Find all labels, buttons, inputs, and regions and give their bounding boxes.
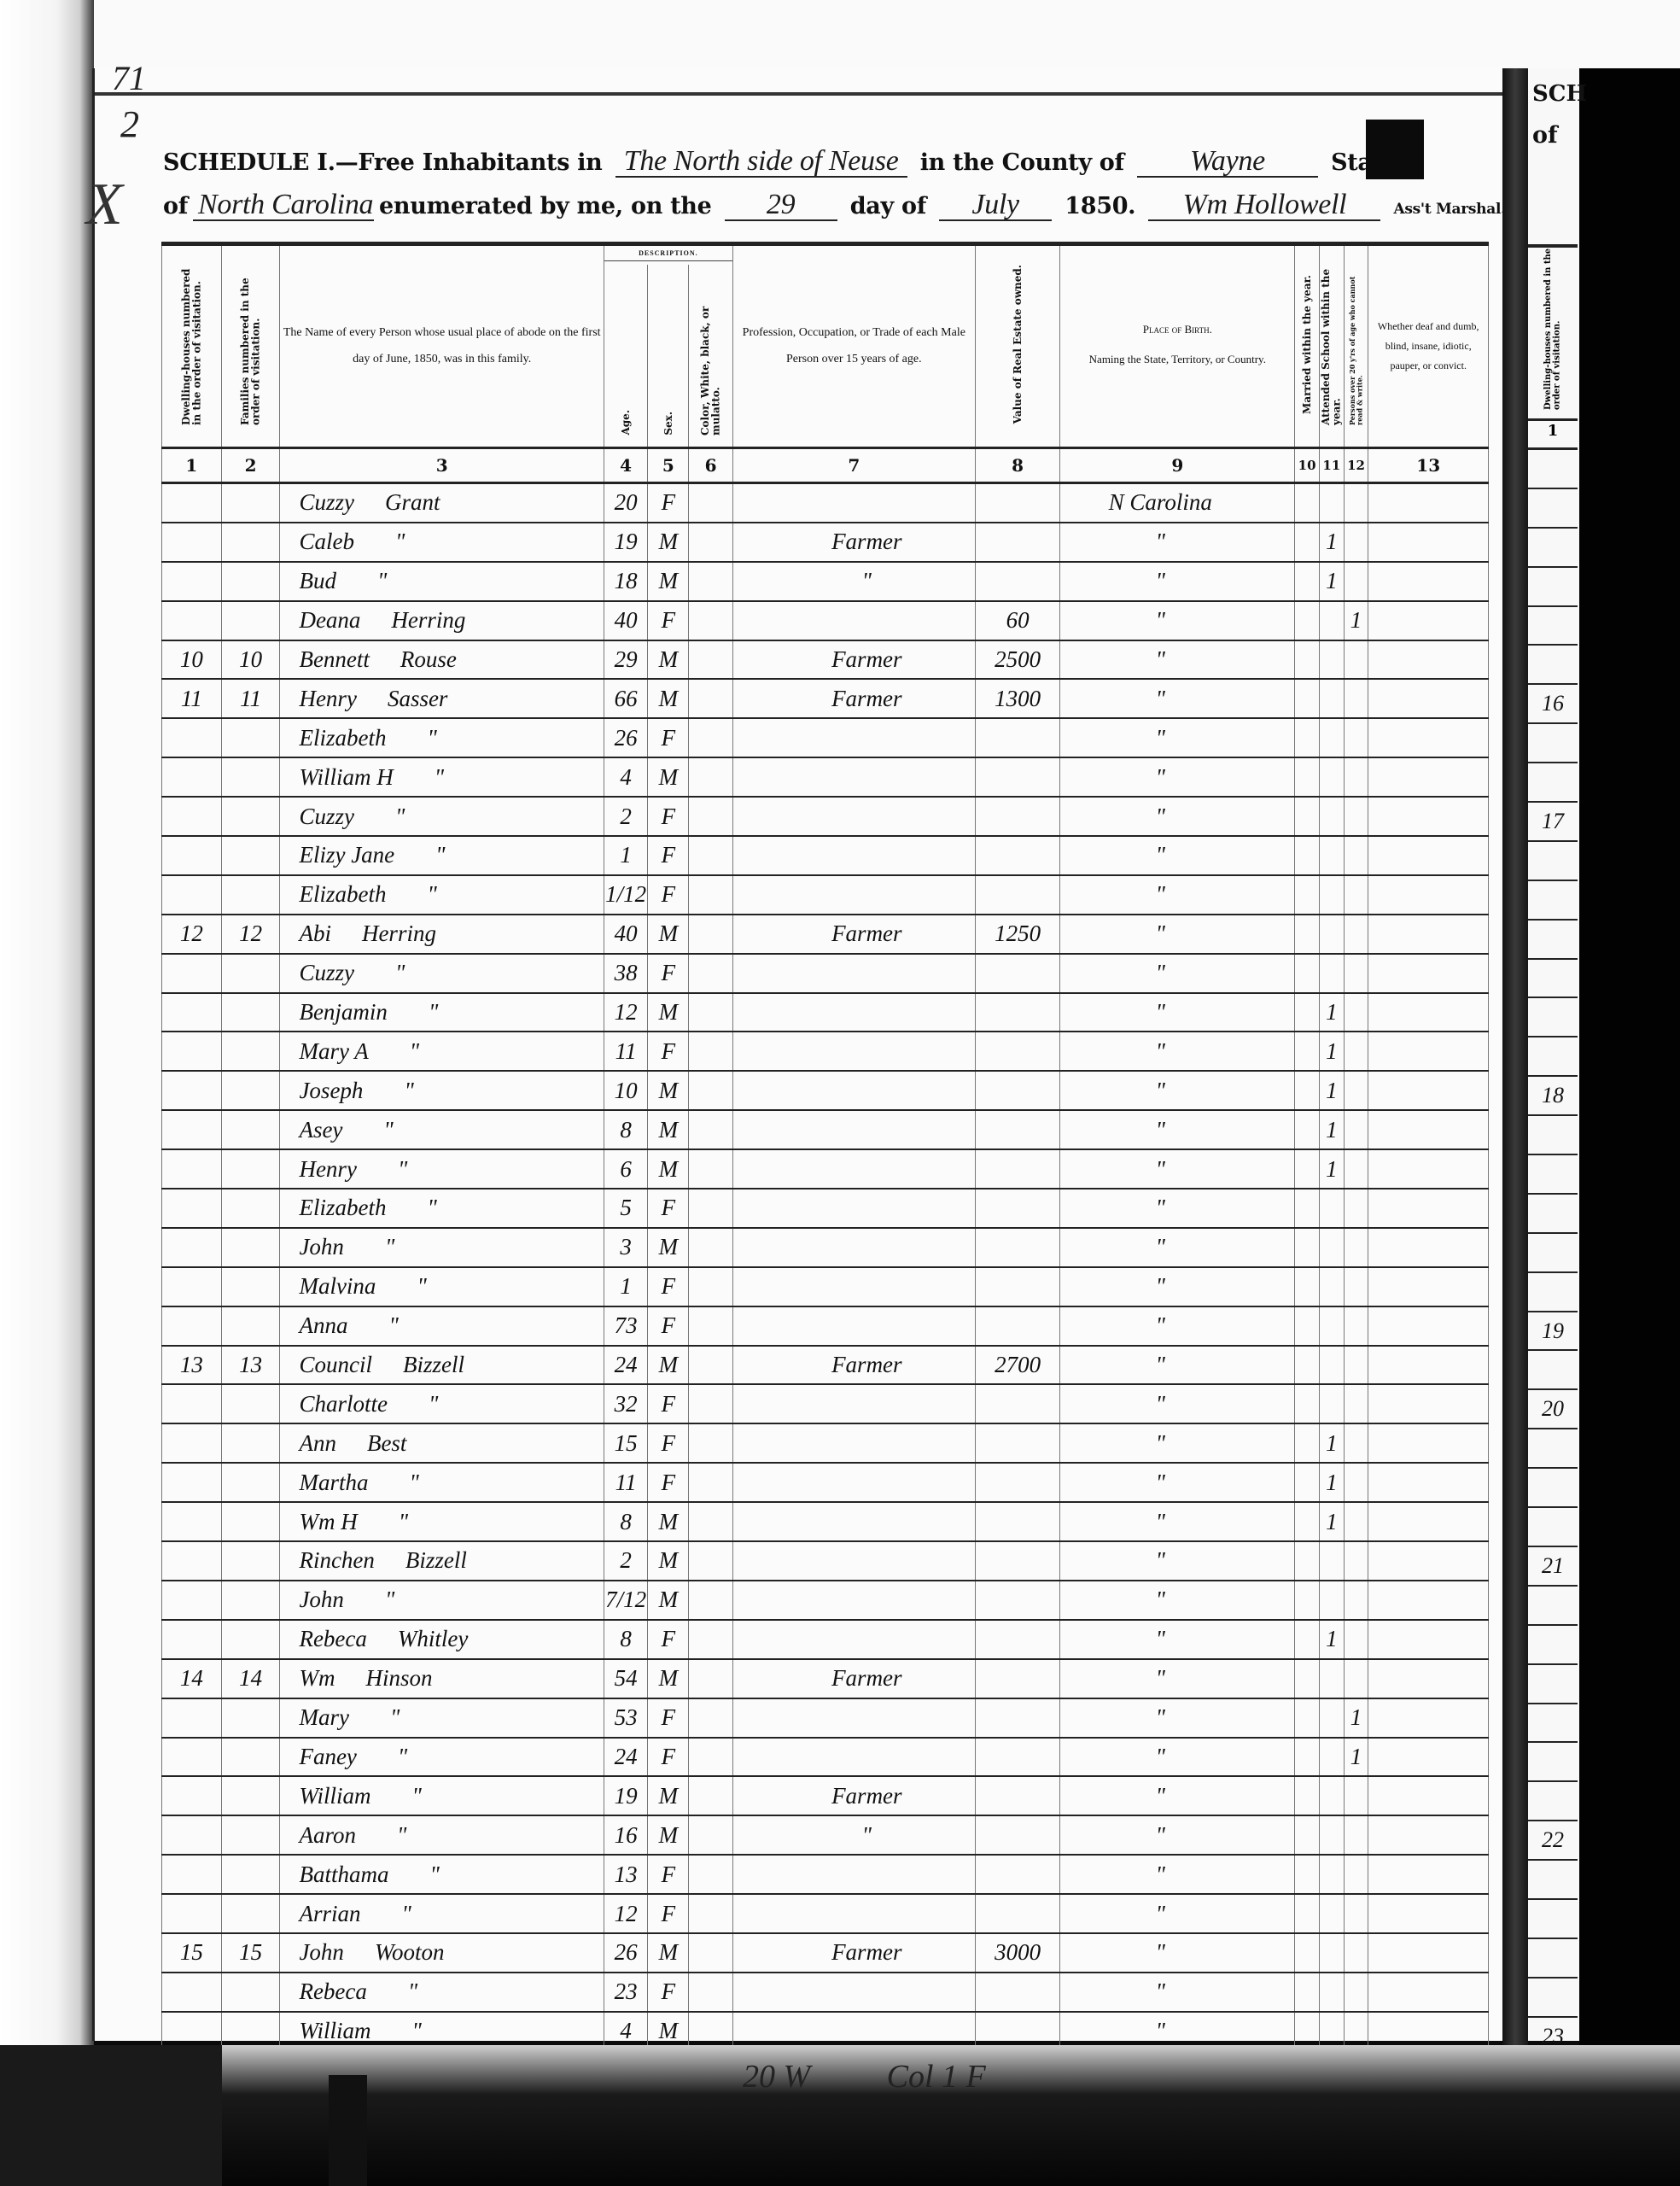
age: 26 [604, 1933, 647, 1973]
infirmity [1368, 875, 1489, 915]
infirmity [1368, 1228, 1489, 1267]
birthplace: " [1060, 875, 1295, 915]
age: 26 [604, 718, 647, 757]
given-name: Cuzzy [299, 489, 354, 515]
next-page-dwelling-number: 22 [1528, 1821, 1578, 1861]
illiterate-mark [1344, 875, 1368, 915]
school-mark [1319, 954, 1344, 993]
sex: M [648, 1228, 689, 1267]
age: 20 [604, 483, 647, 523]
illiterate-mark [1344, 1306, 1368, 1346]
sex: F [648, 601, 689, 640]
next-page-dwelling-number [1528, 1704, 1578, 1744]
given-name: John [299, 1234, 343, 1260]
next-page-dwelling-number [1528, 646, 1578, 685]
header-name: The Name of every Person whose usual pla… [280, 244, 604, 448]
school-mark [1319, 483, 1344, 523]
illiterate-mark [1344, 915, 1368, 954]
real-estate-value [975, 1973, 1059, 2012]
birthplace: " [1060, 1581, 1295, 1620]
color [689, 1738, 732, 1777]
married-mark [1295, 523, 1320, 562]
month-field: July [939, 190, 1052, 221]
infirmity [1368, 1463, 1489, 1502]
age: 8 [604, 1620, 647, 1659]
occupation [732, 1228, 975, 1267]
dwelling-number: 8 [162, 757, 222, 797]
page-top-rule [95, 92, 1508, 96]
illiterate-mark [1344, 1502, 1368, 1541]
person-name: Mary A" [280, 1032, 604, 1071]
married-mark [1295, 1973, 1320, 2012]
person-name: Aaron" [280, 1815, 604, 1855]
infirmity [1368, 993, 1489, 1032]
enumerated-label: enumerated by me, on the [379, 193, 711, 219]
next-page-dwelling-number [1528, 1979, 1578, 2018]
school-mark [1319, 640, 1344, 680]
footer-tally: 20 W Col 1 F [743, 2058, 1054, 2095]
dwelling-number: 30 [162, 1620, 222, 1659]
given-name: Abi [299, 921, 331, 946]
real-estate-value [975, 1110, 1059, 1149]
next-page-dwelling-number [1528, 1587, 1578, 1626]
school-mark [1319, 1189, 1344, 1228]
surname: " [404, 1078, 413, 1103]
column-header-row: Dwelling-houses numbered in the order of… [162, 244, 1489, 266]
school-mark [1319, 1776, 1344, 1815]
given-name: William [299, 2018, 370, 2043]
next-page-dwelling-number [1528, 763, 1578, 803]
color [689, 757, 732, 797]
infirmity [1368, 1306, 1489, 1346]
real-estate-value [975, 1581, 1059, 1620]
dwelling-value: 11 [181, 686, 202, 711]
family-number [221, 1738, 280, 1777]
sex: M [648, 993, 689, 1032]
occupation [732, 797, 975, 836]
surname: " [427, 725, 436, 751]
next-page-of-fragment: of [1532, 122, 1558, 149]
schedule-title-line: SCHEDULE I.—Free Inhabitants in The Nort… [163, 147, 1397, 178]
family-number [221, 1973, 280, 2012]
infirmity [1368, 1423, 1489, 1463]
school-mark [1319, 1698, 1344, 1738]
table-row: 18Henry"6M"1 [162, 1149, 1489, 1189]
next-page-dwelling-number [1528, 1782, 1578, 1821]
birthplace: " [1060, 640, 1295, 680]
color [689, 1110, 732, 1149]
surname: " [390, 1704, 400, 1730]
birthplace: " [1060, 1738, 1295, 1777]
school-mark [1319, 875, 1344, 915]
family-number [221, 836, 280, 875]
color [689, 1502, 732, 1541]
real-estate-value [975, 1855, 1059, 1894]
given-name: Elizabeth [299, 1195, 386, 1220]
married-mark [1295, 640, 1320, 680]
family-number [221, 1776, 280, 1815]
illiterate-mark [1344, 640, 1368, 680]
illiterate-mark [1344, 1973, 1368, 2012]
column-number: 2 [221, 448, 280, 483]
occupation [732, 601, 975, 640]
surname: Whitley [398, 1626, 468, 1651]
table-row: 24Charlotte"32F" [162, 1384, 1489, 1423]
dwelling-number: 2 [162, 523, 222, 562]
real-estate-value [975, 1659, 1059, 1698]
color [689, 915, 732, 954]
header-sex: Sex. [648, 265, 689, 448]
school-mark [1319, 1228, 1344, 1267]
occupation [732, 954, 975, 993]
column-number: 7 [732, 448, 975, 483]
scan-border-bottom-left [0, 2045, 222, 2186]
surname: " [398, 1744, 407, 1769]
given-name: Rebeca [299, 1979, 366, 2004]
table-row: 32Mary"53F"1 [162, 1698, 1489, 1738]
birthplace: " [1060, 1189, 1295, 1228]
surname: " [399, 1509, 408, 1534]
real-estate-value [975, 718, 1059, 757]
infirmity [1368, 1267, 1489, 1306]
sex: F [648, 1620, 689, 1659]
person-name: Benjamin" [280, 993, 604, 1032]
infirmity [1368, 601, 1489, 640]
surname: Hinson [365, 1665, 432, 1691]
real-estate-value [975, 875, 1059, 915]
married-mark [1295, 1306, 1320, 1346]
given-name: Benjamin [299, 999, 387, 1025]
real-estate-value [975, 1071, 1059, 1110]
age: 19 [604, 1776, 647, 1815]
age: 1/12 [604, 875, 647, 915]
next-page-dwelling-number [1528, 960, 1578, 999]
dwelling-number: 33 [162, 1738, 222, 1777]
family-number [221, 1032, 280, 1071]
person-name: William H" [280, 757, 604, 797]
illiterate-mark [1344, 679, 1368, 718]
occupation [732, 1502, 975, 1541]
birthplace: " [1060, 993, 1295, 1032]
married-mark [1295, 836, 1320, 875]
county-label: in the County of [920, 149, 1124, 176]
age: 2 [604, 797, 647, 836]
infirmity [1368, 1894, 1489, 1933]
married-mark [1295, 679, 1320, 718]
birthplace: " [1060, 523, 1295, 562]
occupation [732, 875, 975, 915]
illiterate-mark [1344, 797, 1368, 836]
surname: " [385, 1234, 394, 1260]
person-name: Bud" [280, 562, 604, 601]
school-mark: 1 [1319, 1071, 1344, 1110]
infirmity [1368, 1149, 1489, 1189]
family-number: 10 [221, 640, 280, 680]
dwelling-number: 19 [162, 1189, 222, 1228]
real-estate-value [975, 562, 1059, 601]
real-estate-value [975, 836, 1059, 875]
color [689, 1228, 732, 1267]
sex: F [648, 1738, 689, 1777]
school-mark: 1 [1319, 1110, 1344, 1149]
person-name: JohnWooton [280, 1933, 604, 1973]
color [689, 562, 732, 601]
occupation: Farmer [732, 1659, 975, 1698]
illiterate-mark [1344, 1071, 1368, 1110]
occupation [732, 1071, 975, 1110]
table-row: 381515JohnWooton26MFarmer3000" [162, 1933, 1489, 1973]
real-estate-value: 2500 [975, 640, 1059, 680]
dwelling-number: 39 [162, 1973, 222, 2012]
table-row: 34William"19MFarmer" [162, 1776, 1489, 1815]
year: 1850. [1065, 193, 1135, 219]
table-row: 4DeanaHerring40F60"1 [162, 601, 1489, 640]
illiterate-mark: 1 [1344, 601, 1368, 640]
table-row: 15Mary A"11F"1 [162, 1032, 1489, 1071]
age: 6 [604, 1149, 647, 1189]
surname: " [388, 1312, 398, 1338]
given-name: Malvina [299, 1273, 376, 1299]
school-mark [1319, 1306, 1344, 1346]
family-number [221, 1581, 280, 1620]
sex: F [648, 875, 689, 915]
table-row: 231313CouncilBizzell24MFarmer2700" [162, 1346, 1489, 1385]
next-page-dwelling-number [1528, 1900, 1578, 1939]
color [689, 1894, 732, 1933]
real-estate-value [975, 1776, 1059, 1815]
real-estate-value: 1250 [975, 915, 1059, 954]
next-page-dwelling-number [1528, 529, 1578, 568]
occupation [732, 1738, 975, 1777]
person-name: John" [280, 1581, 604, 1620]
person-name: AbiHerring [280, 915, 604, 954]
sex: M [648, 1776, 689, 1815]
table-row: 61111HenrySasser66MFarmer1300" [162, 679, 1489, 718]
age: 24 [604, 1346, 647, 1385]
birthplace: " [1060, 1346, 1295, 1385]
next-page-dwelling-number: 17 [1528, 803, 1578, 842]
age: 16 [604, 1815, 647, 1855]
real-estate-value [975, 483, 1059, 523]
table-row: 29John"7/12M" [162, 1581, 1489, 1620]
person-name: Joseph" [280, 1071, 604, 1110]
occupation: Farmer [732, 1776, 975, 1815]
married-mark [1295, 1423, 1320, 1463]
real-estate-value [975, 1228, 1059, 1267]
family-number [221, 1149, 280, 1189]
infirmity [1368, 562, 1489, 601]
next-page-dwelling-number [1528, 1665, 1578, 1704]
day-field: 29 [725, 190, 837, 221]
person-name: BennettRouse [280, 640, 604, 680]
infirmity [1368, 1502, 1489, 1541]
dwelling-number: 18 [162, 1149, 222, 1189]
table-row: 37Arrian"12F" [162, 1894, 1489, 1933]
column-number: 12 [1344, 448, 1368, 483]
next-page-dwelling-number: 18 [1528, 1077, 1578, 1116]
infirmity [1368, 1738, 1489, 1777]
next-page-dwelling-number [1528, 921, 1578, 960]
state-prefix: of [163, 193, 188, 219]
color [689, 1815, 732, 1855]
dwelling-number: 3114 [162, 1659, 222, 1698]
person-name: Malvina" [280, 1267, 604, 1306]
person-name: Cuzzy" [280, 954, 604, 993]
surname: Bizzell [403, 1352, 464, 1377]
given-name: Henry [299, 686, 356, 711]
next-page-dwelling-number: 21 [1528, 1547, 1578, 1587]
header-real-estate: Value of Real Estate owned. [975, 244, 1059, 448]
occupation [732, 1149, 975, 1189]
occupation [732, 1855, 975, 1894]
next-page-dwelling-number [1528, 724, 1578, 763]
family-number [221, 1384, 280, 1423]
school-mark [1319, 1933, 1344, 1973]
person-name: Elizy Jane" [280, 836, 604, 875]
birthplace: " [1060, 1933, 1295, 1973]
age: 23 [604, 1973, 647, 2012]
next-page-dwelling-number [1528, 1429, 1578, 1469]
family-number [221, 1855, 280, 1894]
infirmity [1368, 679, 1489, 718]
person-name: Mary" [280, 1698, 604, 1738]
given-name: Cuzzy [299, 960, 354, 985]
table-row: 30RebecaWhitley8F"1 [162, 1620, 1489, 1659]
married-mark [1295, 797, 1320, 836]
family-number [221, 1463, 280, 1502]
sex: M [648, 1541, 689, 1581]
table-row: 25AnnBest15F"1 [162, 1423, 1489, 1463]
sex: M [648, 1110, 689, 1149]
person-name: RinchenBizzell [280, 1541, 604, 1581]
sex: F [648, 1306, 689, 1346]
given-name: William H [299, 764, 393, 790]
infirmity [1368, 797, 1489, 836]
next-page-dwelling-number [1528, 568, 1578, 607]
family-number [221, 1071, 280, 1110]
color [689, 1149, 732, 1189]
given-name: Ann [299, 1430, 336, 1456]
dwelling-number: 510 [162, 640, 222, 680]
given-name: John [299, 1939, 343, 1965]
infirmity [1368, 640, 1489, 680]
given-name: Elizabeth [299, 725, 386, 751]
infirmity [1368, 1973, 1489, 2012]
age: 10 [604, 1071, 647, 1110]
given-name: Mary A [299, 1038, 368, 1064]
table-row: 9Cuzzy"2F" [162, 797, 1489, 836]
birthplace: " [1060, 1306, 1295, 1346]
dwelling-number: 34 [162, 1776, 222, 1815]
school-mark [1319, 679, 1344, 718]
header-married: Married within the year. [1295, 244, 1320, 448]
surname: Bizzell [405, 1547, 467, 1573]
illiterate-mark [1344, 1620, 1368, 1659]
next-page-dwelling-number: 16 [1528, 685, 1578, 724]
family-number [221, 875, 280, 915]
married-mark [1295, 1149, 1320, 1189]
dwelling-number: 22 [162, 1306, 222, 1346]
married-mark [1295, 1228, 1320, 1267]
table-row: 39Rebeca"23F" [162, 1973, 1489, 2012]
dwelling-number: 11 [162, 875, 222, 915]
infirmity [1368, 483, 1489, 523]
header-age: Age. [604, 265, 647, 448]
birthplace: " [1060, 915, 1295, 954]
illiterate-mark [1344, 1228, 1368, 1267]
sex: F [648, 954, 689, 993]
occupation: Farmer [732, 1933, 975, 1973]
table-row: 28RinchenBizzell2M" [162, 1541, 1489, 1581]
table-row: 22Anna"73F" [162, 1306, 1489, 1346]
header-infirmity: Whether deaf and dumb, blind, insane, id… [1368, 244, 1489, 448]
person-name: Anna" [280, 1306, 604, 1346]
table-row: 51010BennettRouse29MFarmer2500" [162, 640, 1489, 680]
real-estate-value [975, 523, 1059, 562]
age: 73 [604, 1306, 647, 1346]
birthplace: " [1060, 1071, 1295, 1110]
family-number: 15 [221, 1933, 280, 1973]
table-row: 21Malvina"1F" [162, 1267, 1489, 1306]
margin-mark: X [86, 171, 123, 239]
birthplace: " [1060, 718, 1295, 757]
illiterate-mark [1344, 1463, 1368, 1502]
illiterate-mark [1344, 562, 1368, 601]
marshal-label: Ass't Marshal. [1394, 201, 1506, 218]
surname: " [385, 1587, 394, 1612]
married-mark [1295, 1855, 1320, 1894]
person-name: Wm H" [280, 1502, 604, 1541]
illiterate-mark [1344, 1110, 1368, 1149]
birthplace: " [1060, 1620, 1295, 1659]
person-name: Rebeca" [280, 1973, 604, 2012]
surname: " [435, 842, 445, 868]
table-row: 36Batthama"13F" [162, 1855, 1489, 1894]
table-row: 26Martha"11F"1 [162, 1463, 1489, 1502]
color [689, 1973, 732, 2012]
census-rows: 1CuzzyGrant20FN Carolina2Caleb"19MFarmer… [162, 483, 1489, 2130]
color [689, 718, 732, 757]
color [689, 1384, 732, 1423]
dwelling-number: 26 [162, 1463, 222, 1502]
given-name: Martha [299, 1470, 368, 1495]
married-mark [1295, 1815, 1320, 1855]
person-name: HenrySasser [280, 679, 604, 718]
dwelling-value: 12 [180, 921, 203, 946]
age: 29 [604, 640, 647, 680]
family-number [221, 601, 280, 640]
color [689, 1698, 732, 1738]
infirmity [1368, 1384, 1489, 1423]
person-name: DeanaHerring [280, 601, 604, 640]
dwelling-number: 14 [162, 993, 222, 1032]
column-number: 5 [648, 448, 689, 483]
school-mark: 1 [1319, 1149, 1344, 1189]
married-mark [1295, 954, 1320, 993]
color [689, 1189, 732, 1228]
occupation [732, 1581, 975, 1620]
occupation [732, 718, 975, 757]
dwelling-number: 37 [162, 1894, 222, 1933]
table-row: 8William H"4M" [162, 757, 1489, 797]
married-mark [1295, 1738, 1320, 1777]
header-school: Attended School within the year. [1319, 244, 1344, 448]
age: 5 [604, 1189, 647, 1228]
state-field: North Carolina [193, 190, 374, 221]
dwelling-number: 1212 [162, 915, 222, 954]
age: 54 [604, 1659, 647, 1698]
surname: " [395, 960, 405, 985]
